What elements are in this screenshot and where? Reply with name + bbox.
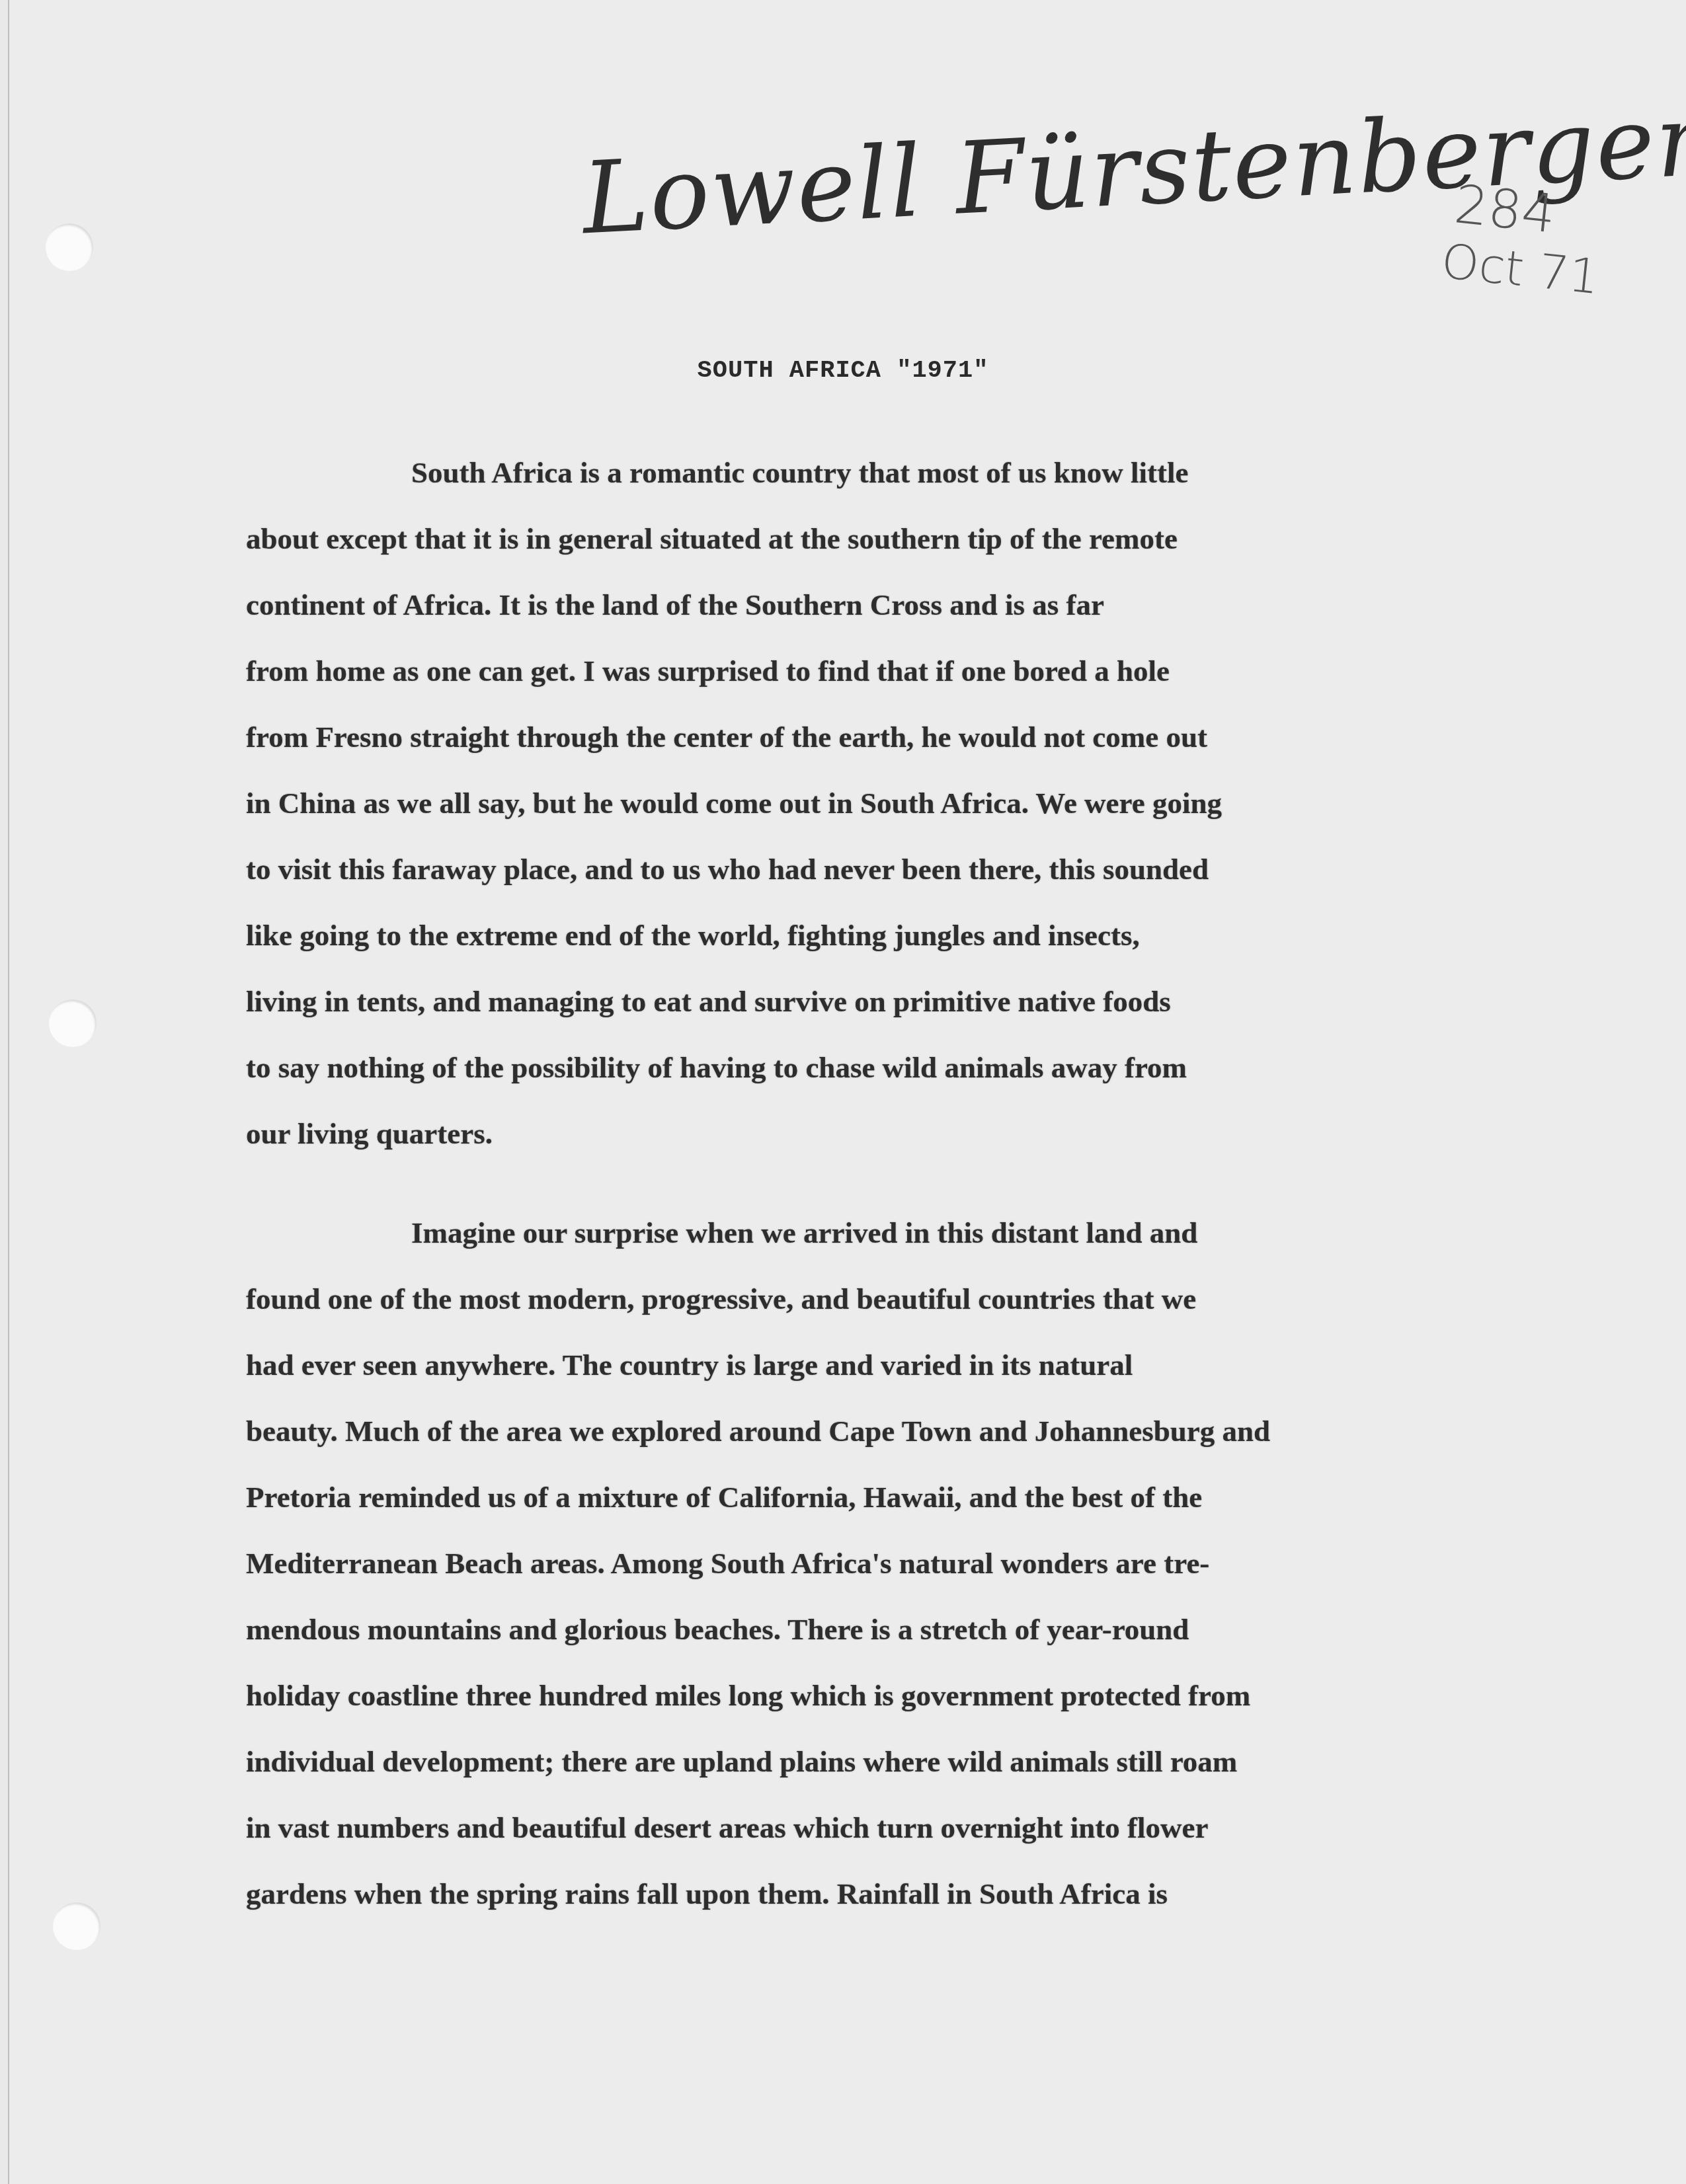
document-title: SOUTH AFRICA "1971": [0, 357, 1686, 385]
text-line: living in tents, and managing to eat and…: [246, 968, 1522, 1034]
paragraph-1: South Africa is a romantic country that …: [246, 440, 1522, 1167]
text-line: found one of the most modern, progressiv…: [246, 1266, 1522, 1332]
text-line: about except that it is in general situa…: [246, 506, 1522, 572]
text-line: continent of Africa. It is the land of t…: [246, 572, 1522, 638]
text-line: had ever seen anywhere. The country is l…: [246, 1332, 1522, 1398]
text-line: mendous mountains and glorious beaches. …: [246, 1596, 1522, 1662]
text-line: in vast numbers and beautiful desert are…: [246, 1795, 1522, 1861]
text-line: Mediterranean Beach areas. Among South A…: [246, 1530, 1522, 1596]
handwritten-page-number: 284: [1452, 173, 1559, 245]
punch-hole-top: [46, 223, 93, 271]
text-line: to say nothing of the possibility of hav…: [246, 1034, 1522, 1101]
text-line: in China as we all say, but he would com…: [246, 770, 1522, 836]
text-line: gardens when the spring rains fall upon …: [246, 1861, 1522, 1927]
text-line: Imagine our surprise when we arrived in …: [246, 1200, 1522, 1266]
text-line: South Africa is a romantic country that …: [246, 440, 1522, 506]
text-line: individual development; there are upland…: [246, 1729, 1522, 1795]
text-line: Pretoria reminded us of a mixture of Cal…: [246, 1464, 1522, 1530]
text-line: from home as one can get. I was surprise…: [246, 638, 1522, 704]
text-line: our living quarters.: [246, 1101, 1522, 1167]
text-line: holiday coastline three hundred miles lo…: [246, 1662, 1522, 1729]
text-line: beauty. Much of the area we explored aro…: [246, 1398, 1522, 1464]
text-line: to visit this faraway place, and to us w…: [246, 836, 1522, 902]
paragraph-2: Imagine our surprise when we arrived in …: [246, 1200, 1522, 1927]
text-line: like going to the extreme end of the wor…: [246, 902, 1522, 968]
text-line: from Fresno straight through the center …: [246, 704, 1522, 770]
punch-hole-middle: [49, 999, 97, 1047]
punch-hole-bottom: [53, 1902, 100, 1950]
